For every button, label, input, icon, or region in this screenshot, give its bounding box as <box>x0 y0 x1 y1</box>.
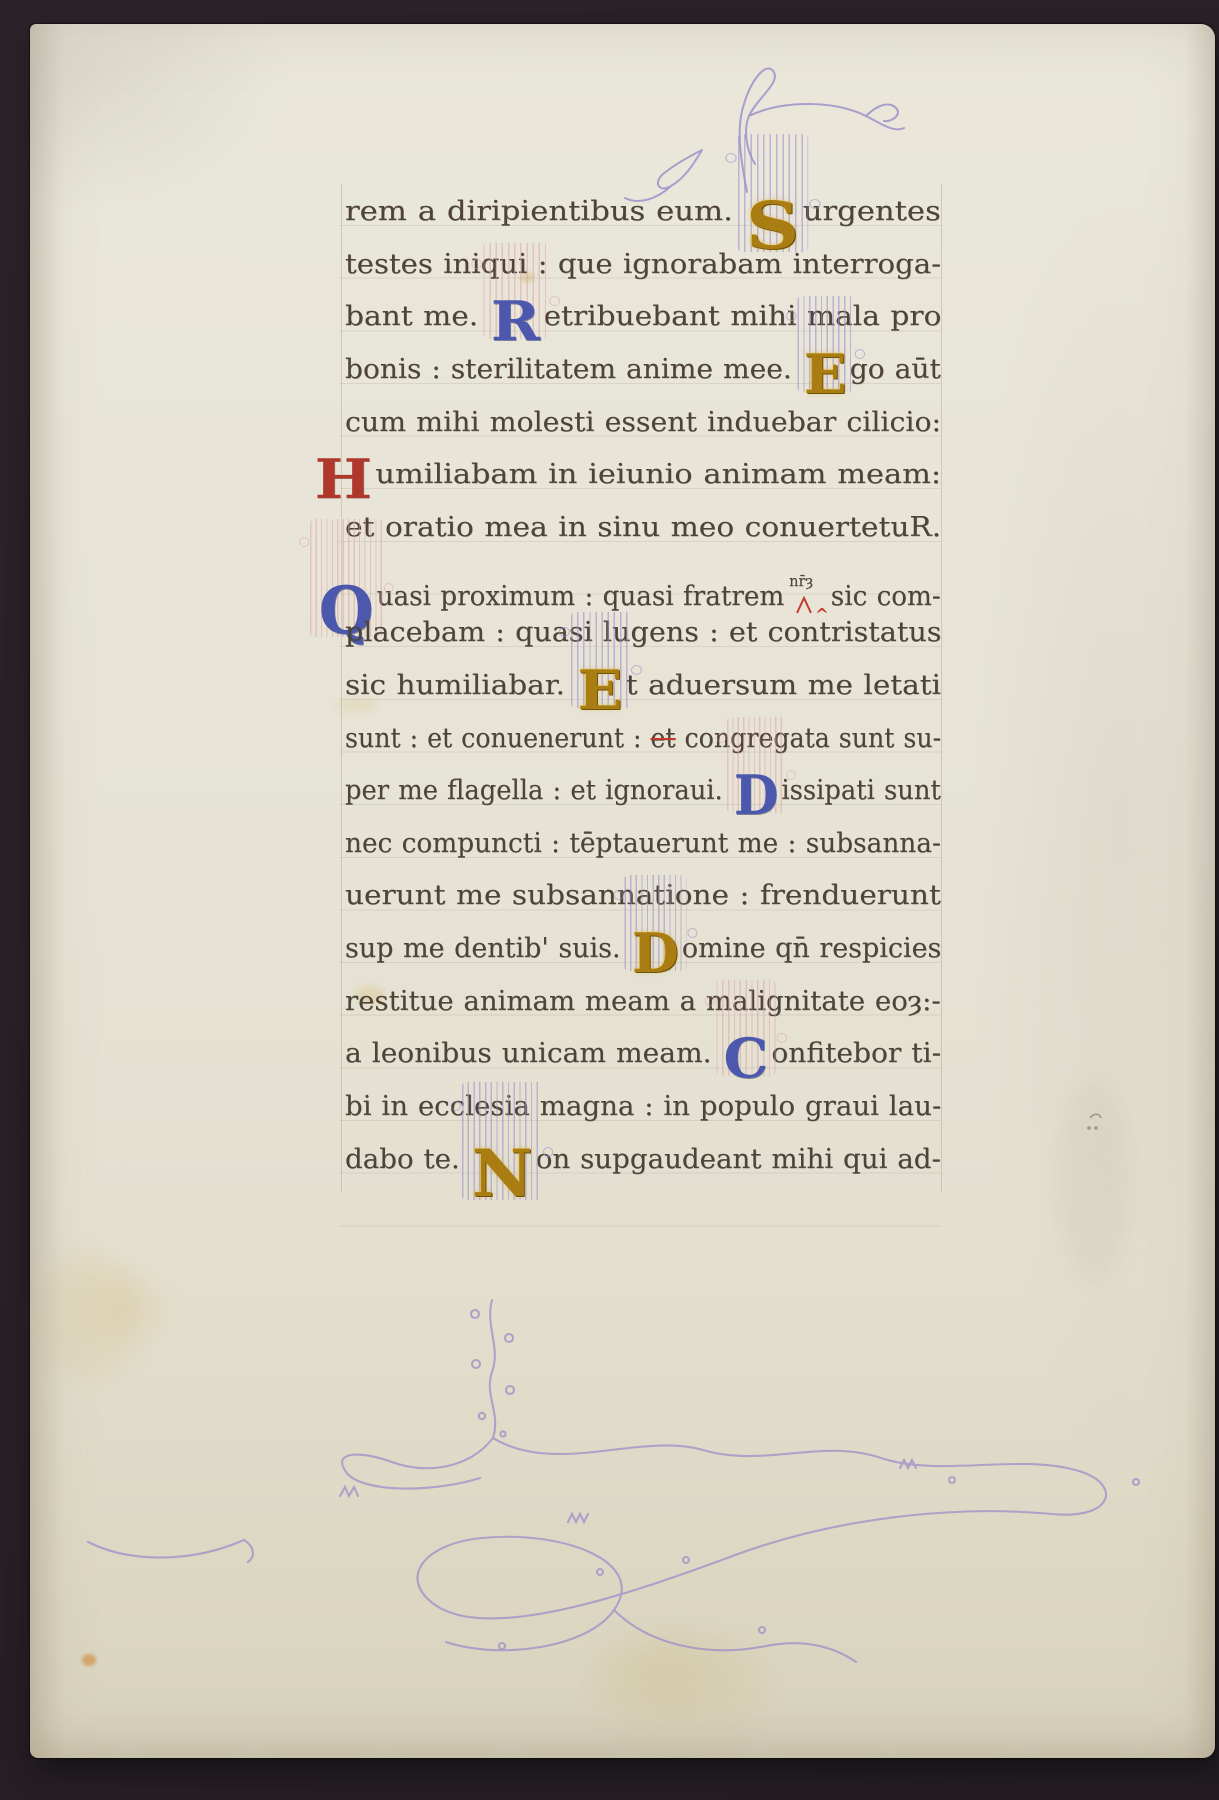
manuscript-line: per me flagella : et ignoraui. Dissipati… <box>345 769 941 813</box>
text-run: restitue animam meam a malignitate eoȝ:- <box>345 986 941 1017</box>
text-run: omine qn̄ respicies <box>682 933 942 964</box>
text-run: sic humiliabar. <box>345 670 575 701</box>
text-run: on supgaudeant mihi qui ad- <box>536 1144 941 1175</box>
manuscript-line: sup me dentib' suis. Domine qn̄ respicie… <box>345 927 941 971</box>
text-run: et oratio mea in sinu meo conuertetuR. <box>345 512 941 543</box>
initial-letter: E <box>804 342 847 406</box>
manuscript-line: nec compuncti : tēptauerunt me : subsann… <box>345 822 941 866</box>
text-run: per me flagella : et ignoraui. <box>345 775 732 806</box>
text-run: sic com- <box>831 581 941 612</box>
text-run: go aūt <box>850 354 941 385</box>
photo-background: rem a diripientibus eum. Surgentestestes… <box>0 0 1219 1800</box>
manuscript-line: a leonibus unicam meam. Confitebor ti- <box>345 1032 941 1076</box>
text-run: cum mihi molesti essent induebar cilicio… <box>345 407 941 438</box>
initial-letter: H <box>315 447 372 511</box>
expunged-word: et <box>650 723 675 754</box>
initial-letter: N <box>472 1136 533 1212</box>
text-run: umiliabam in ieiunio animam meam: <box>375 459 941 490</box>
text-run: bonis : sterilitatem anime mee. <box>345 354 802 385</box>
text-run: rem a diripientibus eum. <box>345 196 744 227</box>
text-run: bi in ecclesia magna : in populo graui l… <box>345 1091 941 1122</box>
text-run: bant me. <box>345 301 489 332</box>
text-run: a leonibus unicam meam. <box>345 1038 721 1069</box>
initial-letter: C <box>724 1026 769 1090</box>
text-run: placebam : quasi lugens : et contristatu… <box>345 617 941 648</box>
manuscript-line: bonis : sterilitatem anime mee. Ego aūt <box>345 348 941 392</box>
interlinear-insertion: nr̄ȝ <box>789 572 813 590</box>
manuscript-line: sic humiliabar. Et aduersum me letati <box>345 664 941 708</box>
initial-letter: E <box>578 658 623 722</box>
text-run: issipati sunt <box>781 775 940 806</box>
manuscript-line: restitue animam meam a malignitate eoȝ:- <box>345 980 941 1024</box>
text-run: t aduersum me letati <box>626 670 941 701</box>
manuscript-line: bi in ecclesia magna : in populo graui l… <box>345 1085 941 1129</box>
text-run: sunt : et conuenerunt : <box>345 723 650 754</box>
manuscript-line: sunt : et conuenerunt : et congregata su… <box>345 717 941 761</box>
initial-letter: R <box>491 289 540 353</box>
manuscript-line: cum mihi molesti essent induebar cilicio… <box>345 401 941 445</box>
text-block: rem a diripientibus eum. Surgentestestes… <box>0 0 1219 1800</box>
manuscript-line: Quasi proximum : quasi fratremnr̄ȝ^sic c… <box>345 559 941 603</box>
text-run: dabo te. <box>345 1144 470 1175</box>
text-run: testes iniqui : que ignorabam interroga- <box>345 249 941 280</box>
text-run: sup me dentib' suis. <box>345 933 630 964</box>
manuscript-line: dabo te. Non supgaudeant mihi qui ad- <box>345 1138 941 1182</box>
text-run: uasi proximum : quasi fratrem <box>377 581 785 612</box>
text-run: urgentes <box>803 196 941 227</box>
text-run: etribuebant mihi mala pro <box>543 301 941 332</box>
manuscript-line: testes iniqui : que ignorabam interroga- <box>345 243 941 287</box>
manuscript-line: placebam : quasi lugens : et contristatu… <box>345 611 941 655</box>
initial-letter: D <box>734 763 779 827</box>
text-run: onfitebor ti- <box>771 1038 941 1069</box>
manuscript-line: rem a diripientibus eum. Surgentes <box>345 190 941 234</box>
text-run: nec compuncti : tēptauerunt me : subsann… <box>345 828 941 859</box>
initial-letter: D <box>632 921 679 985</box>
manuscript-line: et oratio mea in sinu meo conuertetuR. <box>345 506 941 550</box>
manuscript-line: Humiliabam in ieiunio animam meam: <box>345 453 941 497</box>
text-run: congregata sunt su- <box>676 723 942 754</box>
